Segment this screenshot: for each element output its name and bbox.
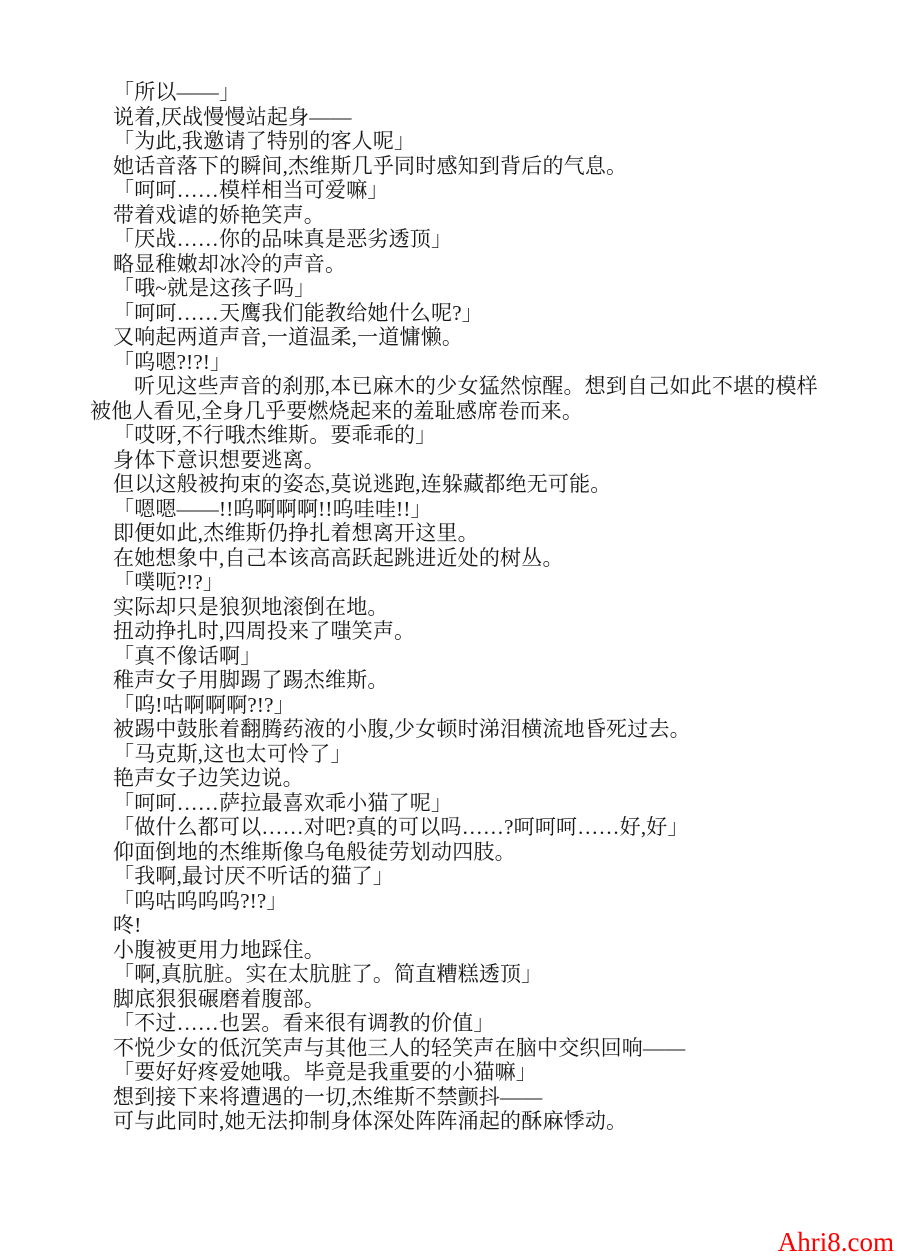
text-line: 仰面倒地的杰维斯像乌龟般徒劳划动四肢。	[90, 840, 860, 865]
text-line: 「啊,真肮脏。实在太肮脏了。简直糟糕透顶」	[90, 962, 860, 987]
text-line: 又响起两道声音,一道温柔,一道慵懒。	[90, 325, 860, 350]
text-line: 说着,厌战慢慢站起身——	[90, 105, 860, 130]
text-line: 想到接下来将遭遇的一切,杰维斯不禁颤抖——	[90, 1085, 860, 1110]
text-line: 「所以——」	[90, 80, 860, 105]
text-line: 被他人看见,全身几乎要燃烧起来的羞耻感席卷而来。	[90, 399, 860, 424]
text-line: 「哦~就是这孩子吗」	[90, 276, 860, 301]
text-line: 「呵呵……天鹰我们能教给她什么呢?」	[90, 301, 860, 326]
text-line: 即便如此,杰维斯仍挣扎着想离开这里。	[90, 521, 860, 546]
text-line: 可与此同时,她无法抑制身体深处阵阵涌起的酥麻悸动。	[90, 1109, 860, 1134]
text-line: 「厌战……你的品味真是恶劣透顶」	[90, 227, 860, 252]
text-line: 艳声女子边笑边说。	[90, 766, 860, 791]
text-line: 「呜咕呜呜呜?!?」	[90, 889, 860, 914]
text-line: 咚!	[90, 913, 860, 938]
text-line: 「马克斯,这也太可怜了」	[90, 742, 860, 767]
text-line: 「呵呵……模样相当可爱嘛」	[90, 178, 860, 203]
text-line: 「呜嗯?!?!」	[90, 350, 860, 375]
text-line: 「为此,我邀请了特别的客人呢」	[90, 129, 860, 154]
text-line: 「呵呵……萨拉最喜欢乖小猫了呢」	[90, 791, 860, 816]
text-line: 脚底狠狠碾磨着腹部。	[90, 987, 860, 1012]
watermark-text: Ahri8.com	[778, 1229, 894, 1256]
text-line: 「我啊,最讨厌不听话的猫了」	[90, 864, 860, 889]
text-line: 被踢中鼓胀着翻腾药液的小腹,少女顿时涕泪横流地昏死过去。	[90, 717, 860, 742]
text-line: 稚声女子用脚踢了踢杰维斯。	[90, 668, 860, 693]
text-line: 但以这般被拘束的姿态,莫说逃跑,连躲藏都绝无可能。	[90, 472, 860, 497]
text-line: 身体下意识想要逃离。	[90, 448, 860, 473]
text-line: 扭动挣扎时,四周投来了嗤笑声。	[90, 619, 860, 644]
novel-page: 「所以——」说着,厌战慢慢站起身——「为此,我邀请了特别的客人呢」她话音落下的瞬…	[0, 0, 900, 1259]
text-line: 「哎呀,不行哦杰维斯。要乖乖的」	[90, 423, 860, 448]
text-line: 「真不像话啊」	[90, 644, 860, 669]
text-line: 「不过……也罢。看来很有调教的价值」	[90, 1011, 860, 1036]
text-line: 「呜!咕啊啊啊?!?」	[90, 693, 860, 718]
text-line: 在她想象中,自己本该高高跃起跳进近处的树丛。	[90, 546, 860, 571]
text-block: 「所以——」说着,厌战慢慢站起身——「为此,我邀请了特别的客人呢」她话音落下的瞬…	[90, 80, 860, 1134]
text-line: 不悦少女的低沉笑声与其他三人的轻笑声在脑中交织回响——	[90, 1036, 860, 1061]
text-line: 小腹被更用力地踩住。	[90, 938, 860, 963]
text-line: 听见这些声音的刹那,本已麻木的少女猛然惊醒。想到自己如此不堪的模样	[90, 374, 860, 399]
text-line: 略显稚嫩却冰冷的声音。	[90, 252, 860, 277]
text-line: 「做什么都可以……对吧?真的可以吗……?呵呵呵……好,好」	[90, 815, 860, 840]
text-line: 她话音落下的瞬间,杰维斯几乎同时感知到背后的气息。	[90, 154, 860, 179]
text-line: 「嗯嗯——!!呜啊啊啊!!呜哇哇!!」	[90, 497, 860, 522]
text-line: 带着戏谑的娇艳笑声。	[90, 203, 860, 228]
text-line: 「噗呃?!?」	[90, 570, 860, 595]
text-line: 「要好好疼爱她哦。毕竟是我重要的小猫嘛」	[90, 1060, 860, 1085]
text-line: 实际却只是狼狈地滚倒在地。	[90, 595, 860, 620]
